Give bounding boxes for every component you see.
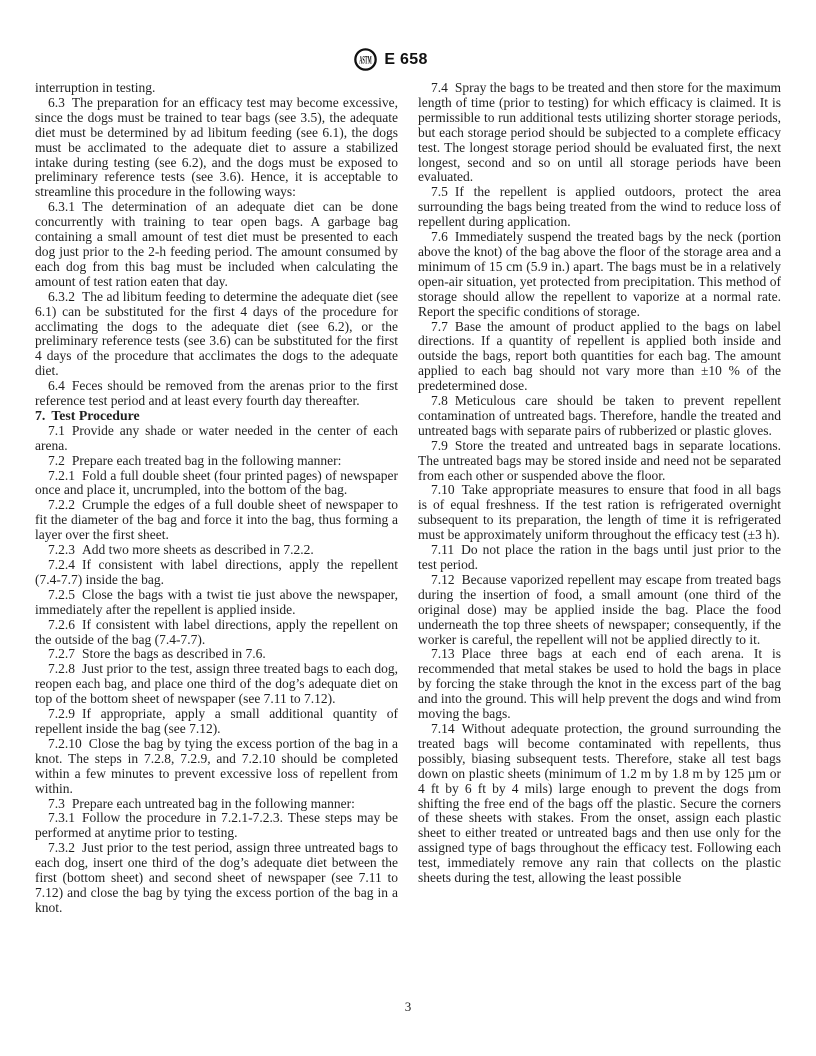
clause-number: 7.10 — [431, 482, 455, 497]
clause-number: 7.2.10 — [48, 736, 82, 751]
paragraph-7-6: 7.6Immediately suspend the treated bags … — [418, 230, 781, 319]
clause-number: 7.2.8 — [48, 661, 75, 676]
paragraph-7-2-10: 7.2.10Close the bag by tying the excess … — [35, 737, 398, 797]
paragraph-7-2-8: 7.2.8Just prior to the test, assign thre… — [35, 662, 398, 707]
astm-logo-icon: ASTM — [354, 48, 377, 71]
clause-text: Store the treated and untreated bags in … — [418, 438, 781, 483]
paragraph-continuation: interruption in testing. — [35, 81, 398, 96]
paragraph-7-14: 7.14Without adequate protection, the gro… — [418, 722, 781, 886]
section-heading-test-procedure: 7.Test Procedure — [35, 409, 398, 424]
paragraph-7-3-1: 7.3.1Follow the procedure in 7.2.1-7.2.3… — [35, 811, 398, 841]
paragraph-7-2-4: 7.2.4If consistent with label directions… — [35, 558, 398, 588]
page-header: ASTM E 658 — [0, 48, 799, 71]
clause-number: 7.3.2 — [48, 840, 75, 855]
clause-text: Crumple the edges of a full double sheet… — [35, 497, 398, 542]
clause-text: Do not place the ration in the bags unti… — [418, 542, 781, 572]
clause-number: 7.8 — [431, 393, 448, 408]
clause-number: 7.11 — [431, 542, 454, 557]
document-page: ASTM E 658 interruption in testing. 6.3T… — [0, 0, 816, 1056]
paragraph-7-2-6: 7.2.6If consistent with label directions… — [35, 618, 398, 648]
paragraph-7-12: 7.12Because vaporized repellent may esca… — [418, 573, 781, 648]
clause-text: Spray the bags to be treated and then st… — [418, 80, 781, 184]
paragraph-7-5: 7.5If the repellent is applied outdoors,… — [418, 185, 781, 230]
paragraph-7-8: 7.8Meticulous care should be taken to pr… — [418, 394, 781, 439]
clause-number: 7.5 — [431, 184, 448, 199]
clause-text: Provide any shade or water needed in the… — [35, 423, 398, 453]
clause-number: 6.3.1 — [48, 199, 75, 214]
paragraph-7-9: 7.9Store the treated and untreated bags … — [418, 439, 781, 484]
page-footer: 3 — [35, 999, 781, 1015]
paragraph-6-4: 6.4Feces should be removed from the aren… — [35, 379, 398, 409]
clause-text: Base the amount of product applied to th… — [418, 319, 781, 394]
clause-number: 7.2.3 — [48, 542, 75, 557]
left-column: interruption in testing. 6.3The preparat… — [35, 81, 398, 916]
clause-text: Close the bag by tying the excess portio… — [35, 736, 398, 796]
section-number: 7. — [35, 408, 45, 423]
paragraph-6-3: 6.3The preparation for an efficacy test … — [35, 96, 398, 200]
clause-number: 7.9 — [431, 438, 448, 453]
document-body: interruption in testing. 6.3The preparat… — [35, 81, 781, 916]
clause-number: 7.3.1 — [48, 810, 75, 825]
clause-text: Immediately suspend the treated bags by … — [418, 229, 781, 319]
clause-text: Feces should be removed from the arenas … — [35, 378, 398, 408]
clause-number: 7.2.9 — [48, 706, 75, 721]
clause-text: Prepare each untreated bag in the follow… — [72, 796, 355, 811]
clause-text: Because vaporized repellent may escape f… — [418, 572, 781, 647]
clause-text: The determination of an adequate diet ca… — [35, 199, 398, 289]
page-number: 3 — [405, 999, 412, 1014]
clause-number: 6.4 — [48, 378, 65, 393]
clause-text: Fold a full double sheet (four printed p… — [35, 468, 398, 498]
clause-text: Take appropriate measures to ensure that… — [418, 482, 781, 542]
clause-number: 7.7 — [431, 319, 448, 334]
paragraph-7-13: 7.13Place three bags at each end of each… — [418, 647, 781, 722]
clause-number: 7.3 — [48, 796, 65, 811]
paragraph-7-2-9: 7.2.9If appropriate, apply a small addit… — [35, 707, 398, 737]
clause-text: Just prior to the test period, assign th… — [35, 840, 398, 915]
clause-number: 7.2.6 — [48, 617, 75, 632]
clause-number: 7.2.4 — [48, 557, 75, 572]
paragraph-7-3: 7.3Prepare each untreated bag in the fol… — [35, 797, 398, 812]
clause-text: Without adequate protection, the ground … — [418, 721, 781, 885]
clause-text: Follow the procedure in 7.2.1-7.2.3. The… — [35, 810, 398, 840]
clause-number: 7.1 — [48, 423, 65, 438]
paragraph-6-3-1: 6.3.1The determination of an adequate di… — [35, 200, 398, 289]
clause-text: Place three bags at each end of each are… — [418, 646, 781, 721]
clause-text: The ad libitum feeding to determine the … — [35, 289, 398, 379]
clause-number: 7.13 — [431, 646, 455, 661]
paragraph-7-7: 7.7Base the amount of product applied to… — [418, 320, 781, 395]
svg-text:ASTM: ASTM — [360, 53, 372, 67]
clause-text: Add two more sheets as described in 7.2.… — [82, 542, 314, 557]
clause-text: Store the bags as described in 7.6. — [82, 646, 266, 661]
section-title: Test Procedure — [51, 408, 139, 423]
clause-text: If the repellent is applied outdoors, pr… — [418, 184, 781, 229]
paragraph-7-10: 7.10Take appropriate measures to ensure … — [418, 483, 781, 543]
paragraph-7-2-5: 7.2.5Close the bags with a twist tie jus… — [35, 588, 398, 618]
clause-number: 7.2.7 — [48, 646, 75, 661]
clause-number: 7.14 — [431, 721, 455, 736]
clause-number: 7.4 — [431, 80, 448, 95]
clause-number: 6.3.2 — [48, 289, 75, 304]
paragraph-7-2-1: 7.2.1Fold a full double sheet (four prin… — [35, 469, 398, 499]
clause-number: 7.12 — [431, 572, 455, 587]
paragraph-7-2: 7.2Prepare each treated bag in the follo… — [35, 454, 398, 469]
clause-text: Prepare each treated bag in the followin… — [72, 453, 342, 468]
paragraph-7-2-3: 7.2.3Add two more sheets as described in… — [35, 543, 398, 558]
clause-text: Just prior to the test, assign three tre… — [35, 661, 398, 706]
clause-text: Meticulous care should be taken to preve… — [418, 393, 781, 438]
clause-text: The preparation for an efficacy test may… — [35, 95, 398, 199]
paragraph-7-2-2: 7.2.2Crumple the edges of a full double … — [35, 498, 398, 543]
right-column: 7.4Spray the bags to be treated and then… — [418, 81, 781, 916]
clause-number: 7.2.5 — [48, 587, 75, 602]
paragraph-7-3-2: 7.3.2Just prior to the test period, assi… — [35, 841, 398, 916]
clause-text: Close the bags with a twist tie just abo… — [35, 587, 398, 617]
clause-number: 7.2.1 — [48, 468, 75, 483]
document-code: E 658 — [384, 51, 427, 69]
clause-number: 6.3 — [48, 95, 65, 110]
clause-text: If consistent with label directions, app… — [35, 557, 398, 587]
clause-text: If appropriate, apply a small additional… — [35, 706, 398, 736]
clause-text: If consistent with label directions, app… — [35, 617, 398, 647]
clause-number: 7.6 — [431, 229, 448, 244]
paragraph-7-4: 7.4Spray the bags to be treated and then… — [418, 81, 781, 185]
paragraph-7-2-7: 7.2.7Store the bags as described in 7.6. — [35, 647, 398, 662]
paragraph-7-11: 7.11Do not place the ration in the bags … — [418, 543, 781, 573]
paragraph-7-1: 7.1Provide any shade or water needed in … — [35, 424, 398, 454]
paragraph-6-3-2: 6.3.2The ad libitum feeding to determine… — [35, 290, 398, 379]
clause-number: 7.2 — [48, 453, 65, 468]
clause-number: 7.2.2 — [48, 497, 75, 512]
